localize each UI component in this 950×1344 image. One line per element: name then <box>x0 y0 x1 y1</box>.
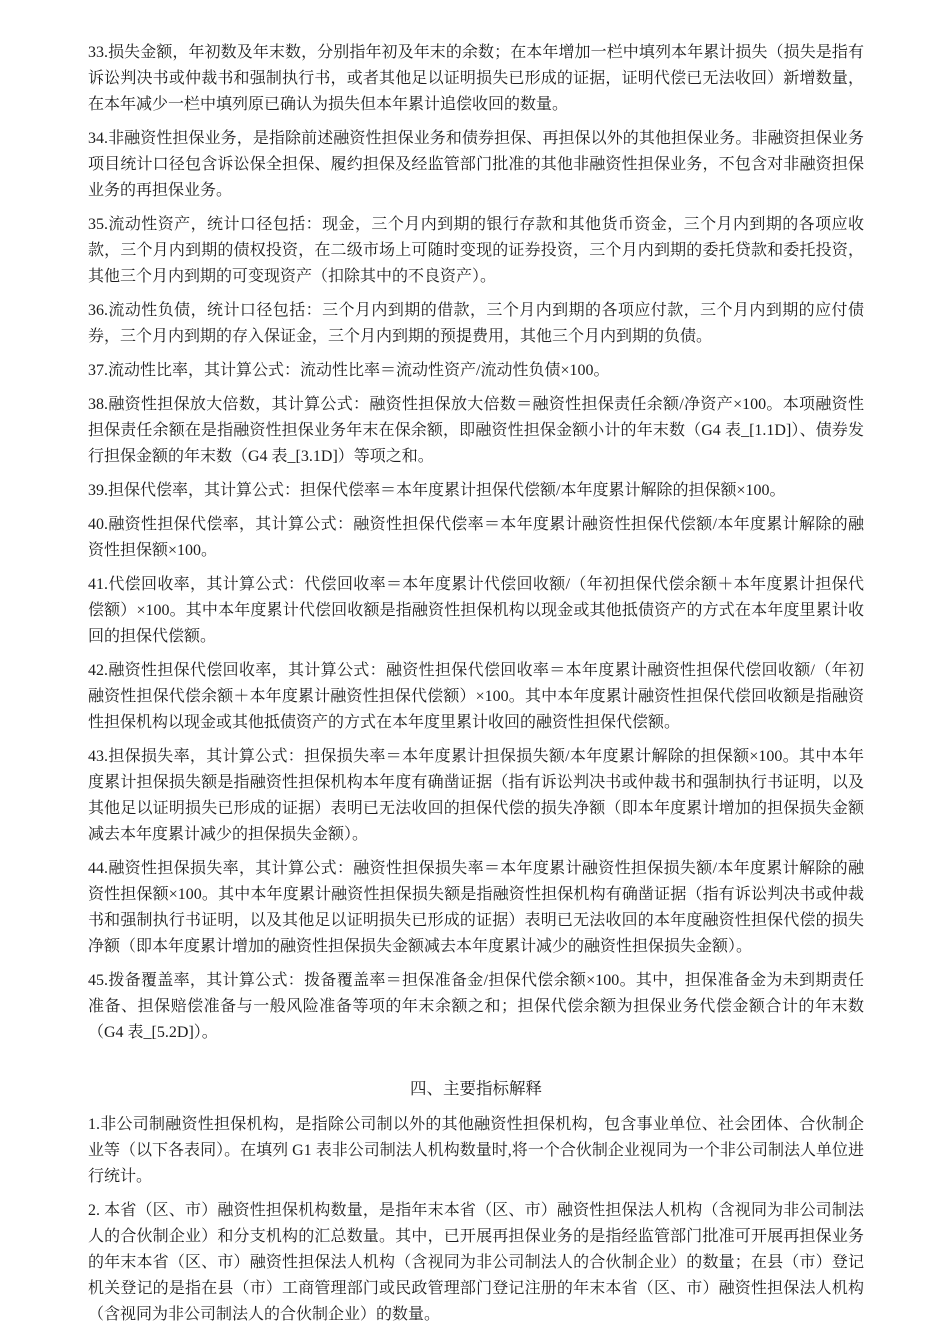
glossary-item-41: 41.代偿回收率，其计算公式：代偿回收率＝本年度累计代偿回收额/（年初担保代偿余… <box>88 572 864 650</box>
glossary-item-43: 43.担保损失率，其计算公式：担保损失率＝本年度累计担保损失额/本年度累计解除的… <box>88 744 864 848</box>
section-heading: 四、主要指标解释 <box>88 1076 864 1102</box>
glossary-item-42: 42.融资性担保代偿回收率，其计算公式：融资性担保代偿回收率＝本年度累计融资性担… <box>88 658 864 736</box>
glossary-item-45: 45.拨备覆盖率，其计算公式：拨备覆盖率＝担保准备金/担保代偿余额×100。其中… <box>88 968 864 1046</box>
glossary-item-36: 36.流动性负债，统计口径包括：三个月内到期的借款，三个月内到期的各项应付款，三… <box>88 298 864 350</box>
glossary-item-44: 44.融资性担保损失率，其计算公式：融资性担保损失率＝本年度累计融资性担保损失额… <box>88 856 864 960</box>
indicator-item-2: 2. 本省（区、市）融资性担保机构数量，是指年末本省（区、市）融资性担保法人机构… <box>88 1198 864 1328</box>
glossary-item-38: 38.融资性担保放大倍数，其计算公式：融资性担保放大倍数＝融资性担保责任余额/净… <box>88 392 864 470</box>
glossary-item-34: 34.非融资性担保业务，是指除前述融资性担保业务和债券担保、再担保以外的其他担保… <box>88 126 864 204</box>
glossary-item-40: 40.融资性担保代偿率，其计算公式：融资性担保代偿率＝本年度累计融资性担保代偿额… <box>88 512 864 564</box>
document-page: 33.损失金额，年初数及年末数，分别指年初及年末的余数；在本年增加一栏中填列本年… <box>0 0 950 1344</box>
indicator-item-1: 1.非公司制融资性担保机构，是指除公司制以外的其他融资性担保机构，包含事业单位、… <box>88 1112 864 1190</box>
glossary-item-33: 33.损失金额，年初数及年末数，分别指年初及年末的余数；在本年增加一栏中填列本年… <box>88 40 864 118</box>
glossary-item-35: 35.流动性资产，统计口径包括：现金，三个月内到期的银行存款和其他货币资金，三个… <box>88 212 864 290</box>
glossary-item-37: 37.流动性比率，其计算公式：流动性比率＝流动性资产/流动性负债×100。 <box>88 358 864 384</box>
glossary-item-39: 39.担保代偿率，其计算公式：担保代偿率＝本年度累计担保代偿额/本年度累计解除的… <box>88 478 864 504</box>
